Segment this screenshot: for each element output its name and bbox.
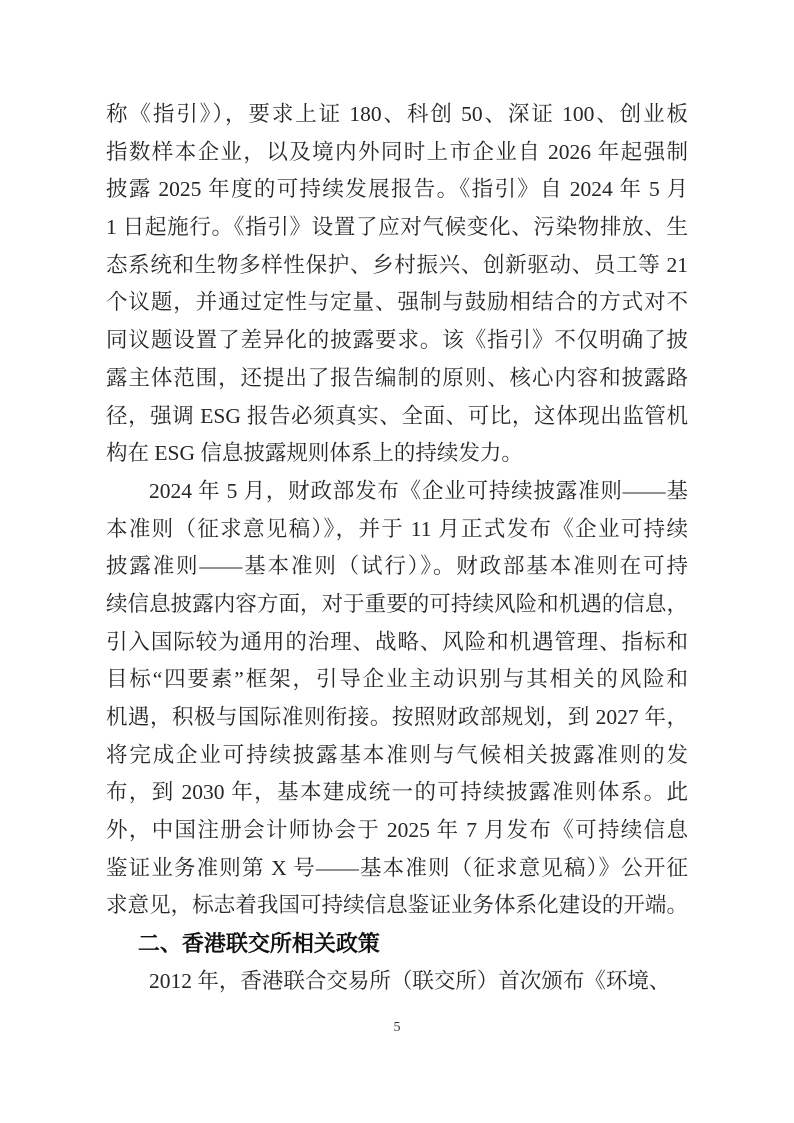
document-line: 构在 ESG 信息披露规则体系上的持续发力。 bbox=[106, 435, 688, 473]
document-line: 布，到 2030 年，基本建成统一的可持续披露准则体系。此 bbox=[106, 774, 688, 812]
document-line: 披露 2025 年度的可持续发展报告。《指引》自 2024 年 5 月 bbox=[106, 171, 688, 209]
page-number: 5 bbox=[394, 1020, 401, 1035]
document-line: 机遇，积极与国际准则衔接。按照财政部规划，到 2027 年， bbox=[106, 699, 688, 737]
document-line: 指数样本企业，以及境内外同时上市企业自 2026 年起强制 bbox=[106, 134, 688, 172]
document-line: 2024 年 5 月，财政部发布《企业可持续披露准则——基 bbox=[106, 473, 688, 511]
document-line: 续信息披露内容方面，对于重要的可持续风险和机遇的信息， bbox=[106, 586, 688, 624]
document-line: 披露准则——基本准则（试行）》。财政部基本准则在可持 bbox=[106, 548, 688, 586]
document-line: 鉴证业务准则第 X 号——基本准则（征求意见稿）》公开征 bbox=[106, 850, 688, 888]
document-line: 外，中国注册会计师协会于 2025 年 7 月发布《可持续信息 bbox=[106, 812, 688, 850]
document-line: 本准则（征求意见稿）》，并于 11 月正式发布《企业可持续 bbox=[106, 511, 688, 549]
document-line: 引入国际较为通用的治理、战略、风险和机遇管理、指标和 bbox=[106, 624, 688, 662]
document-line: 2012 年，香港联合交易所（联交所）首次颁布《环境、 bbox=[106, 963, 688, 1001]
document-line: 目标“四要素”框架，引导企业主动识别与其相关的风险和 bbox=[106, 661, 688, 699]
document-line: 态系统和生物多样性保护、乡村振兴、创新驱动、员工等 21 bbox=[106, 247, 688, 285]
document-line: 个议题，并通过定性与定量、强制与鼓励相结合的方式对不 bbox=[106, 284, 688, 322]
document-line: 同议题设置了差异化的披露要求。该《指引》不仅明确了披 bbox=[106, 322, 688, 360]
document-line: 径，强调 ESG 报告必须真实、全面、可比，这体现出监管机 bbox=[106, 398, 688, 436]
section-heading: 二、香港联交所相关政策 bbox=[106, 925, 688, 963]
document-line: 称《指引》），要求上证 180、科创 50、深证 100、创业板 bbox=[106, 96, 688, 134]
document-line: 求意见，标志着我国可持续信息鉴证业务体系化建设的开端。 bbox=[106, 887, 688, 925]
document-line: 露主体范围，还提出了报告编制的原则、核心内容和披露路 bbox=[106, 360, 688, 398]
document-line: 1 日起施行。《指引》设置了应对气候变化、污染物排放、生 bbox=[106, 209, 688, 247]
page-footer: 5 bbox=[0, 1019, 794, 1037]
document-body: 称《指引》），要求上证 180、科创 50、深证 100、创业板指数样本企业，以… bbox=[106, 96, 688, 1001]
document-page: 称《指引》），要求上证 180、科创 50、深证 100、创业板指数样本企业，以… bbox=[0, 0, 794, 1123]
document-line: 将完成企业可持续披露基本准则与气候相关披露准则的发 bbox=[106, 737, 688, 775]
